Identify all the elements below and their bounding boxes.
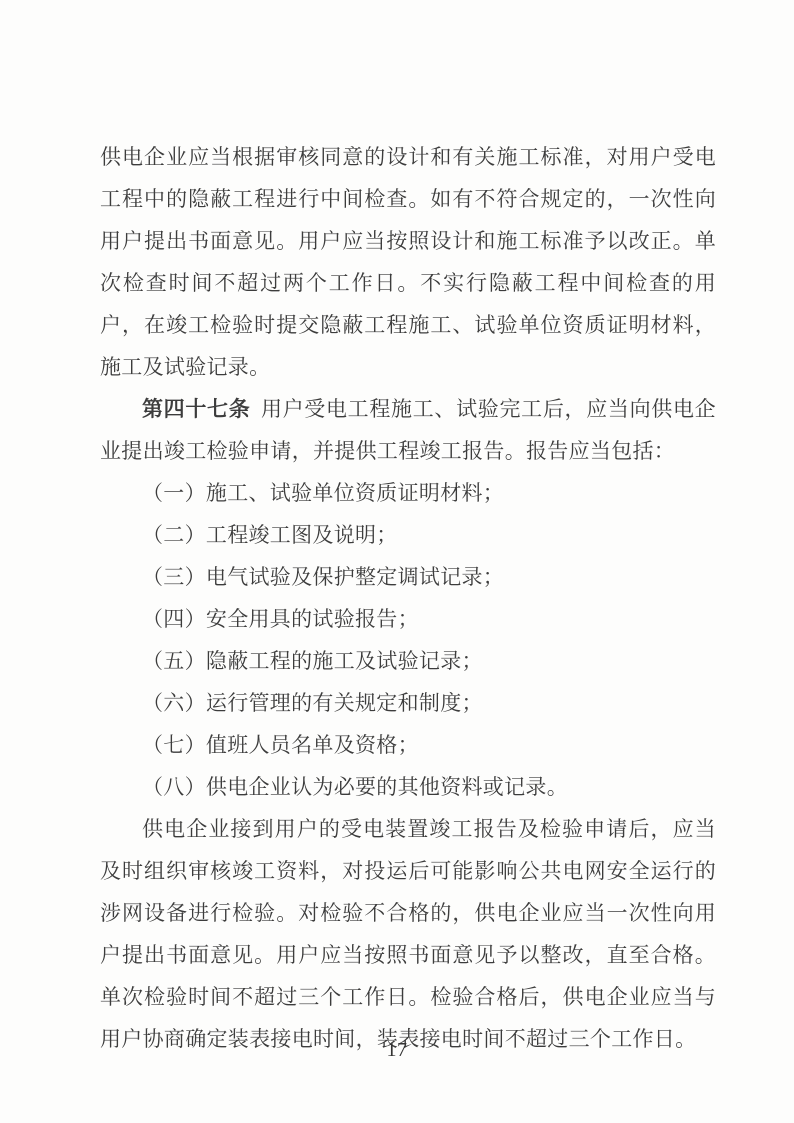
list-item-3: （三）电气试验及保护整定调试记录； [100,556,716,598]
list-item-7: （七）值班人员名单及资格； [100,724,716,766]
document-page: 供电企业应当根据审核同意的设计和有关施工标准，对用户受电工程中的隐蔽工程进行中间… [0,0,794,1123]
list-item-5: （五）隐蔽工程的施工及试验记录； [100,640,716,682]
article-number: 第四十七条 [142,397,250,421]
list-item-4: （四）安全用具的试验报告； [100,598,716,640]
list-item-2: （二）工程竣工图及说明； [100,514,716,556]
list-item-1: （一）施工、试验单位资质证明材料； [100,472,716,514]
page-number: 17 [0,1036,794,1064]
paragraph-continuation: 供电企业应当根据审核同意的设计和有关施工标准，对用户受电工程中的隐蔽工程进行中间… [100,136,716,388]
list-item-6: （六）运行管理的有关规定和制度； [100,682,716,724]
paragraph-closing: 供电企业接到用户的受电装置竣工报告及检验申请后，应当及时组织审核竣工资料，对投运… [100,808,716,1060]
document-body: 供电企业应当根据审核同意的设计和有关施工标准，对用户受电工程中的隐蔽工程进行中间… [100,136,716,1060]
list-item-8: （八）供电企业认为必要的其他资料或记录。 [100,766,716,808]
article-paragraph: 第四十七条用户受电工程施工、试验完工后，应当向供电企业提出竣工检验申请，并提供工… [100,388,716,472]
